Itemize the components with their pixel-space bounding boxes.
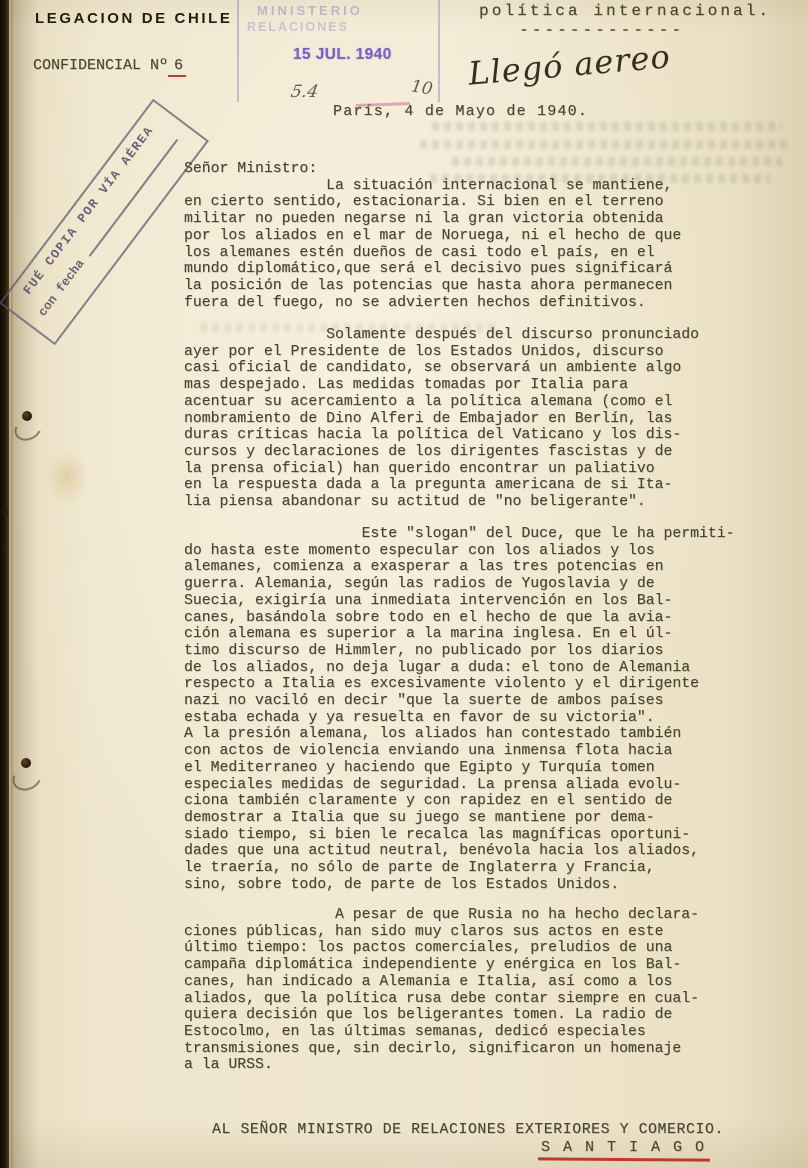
paper-speck — [3, 548, 6, 554]
scan-edge — [0, 0, 9, 1168]
body-paragraph-4: A pesar de que Rusia no ha hecho declara… — [184, 907, 699, 1074]
classification-number: 6 — [168, 57, 186, 77]
santiago-underline — [538, 1157, 710, 1161]
subject-title: política internacional. — [479, 3, 771, 20]
subject-underline: ------------- — [519, 22, 684, 39]
document-page: LEGACION DE CHILE CONFIDENCIAL Nº6 MINIS… — [0, 0, 808, 1168]
classification-label: CONFIDENCIAL Nº6 — [33, 58, 186, 75]
ink-annotation: Llegó aereo — [467, 37, 672, 93]
paper-stain — [46, 450, 88, 504]
classification-text: CONFIDENCIAL Nº — [33, 57, 168, 74]
ink-bleedthrough — [420, 140, 788, 149]
ink-bleedthrough — [432, 122, 782, 131]
pencil-annotation-left: 5.4 — [289, 82, 320, 102]
ministry-stamp-line2: RELACIONES — [247, 20, 349, 34]
body-paragraph-1: Señor Ministro: La situación internacion… — [184, 161, 681, 311]
dateline: París, 4 de Mayo de 1940. — [333, 104, 588, 121]
receipt-date-stamp: 15 JUL. 1940 — [293, 46, 392, 64]
footer-addressee: AL SEÑOR MINISTRO DE RELACIONES EXTERIOR… — [212, 1122, 724, 1139]
paper-speck — [4, 508, 8, 517]
body-paragraph-3: Este "slogan" del Duce, que le ha permit… — [184, 526, 735, 893]
pencil-annotation-right: 10 — [410, 76, 435, 99]
body-paragraph-2: Solamente después del discurso pronuncia… — [184, 327, 699, 511]
footer-city: SANTIAGO — [541, 1140, 717, 1157]
letterhead: LEGACION DE CHILE — [35, 10, 233, 27]
page-edge-line — [11, 0, 13, 1168]
ministry-receipt-stamp: MINISTERIO RELACIONES 15 JUL. 1940 — [237, 0, 440, 102]
ministry-stamp-line1: MINISTERIO — [257, 3, 363, 18]
binding-shadow — [9, 0, 39, 1168]
